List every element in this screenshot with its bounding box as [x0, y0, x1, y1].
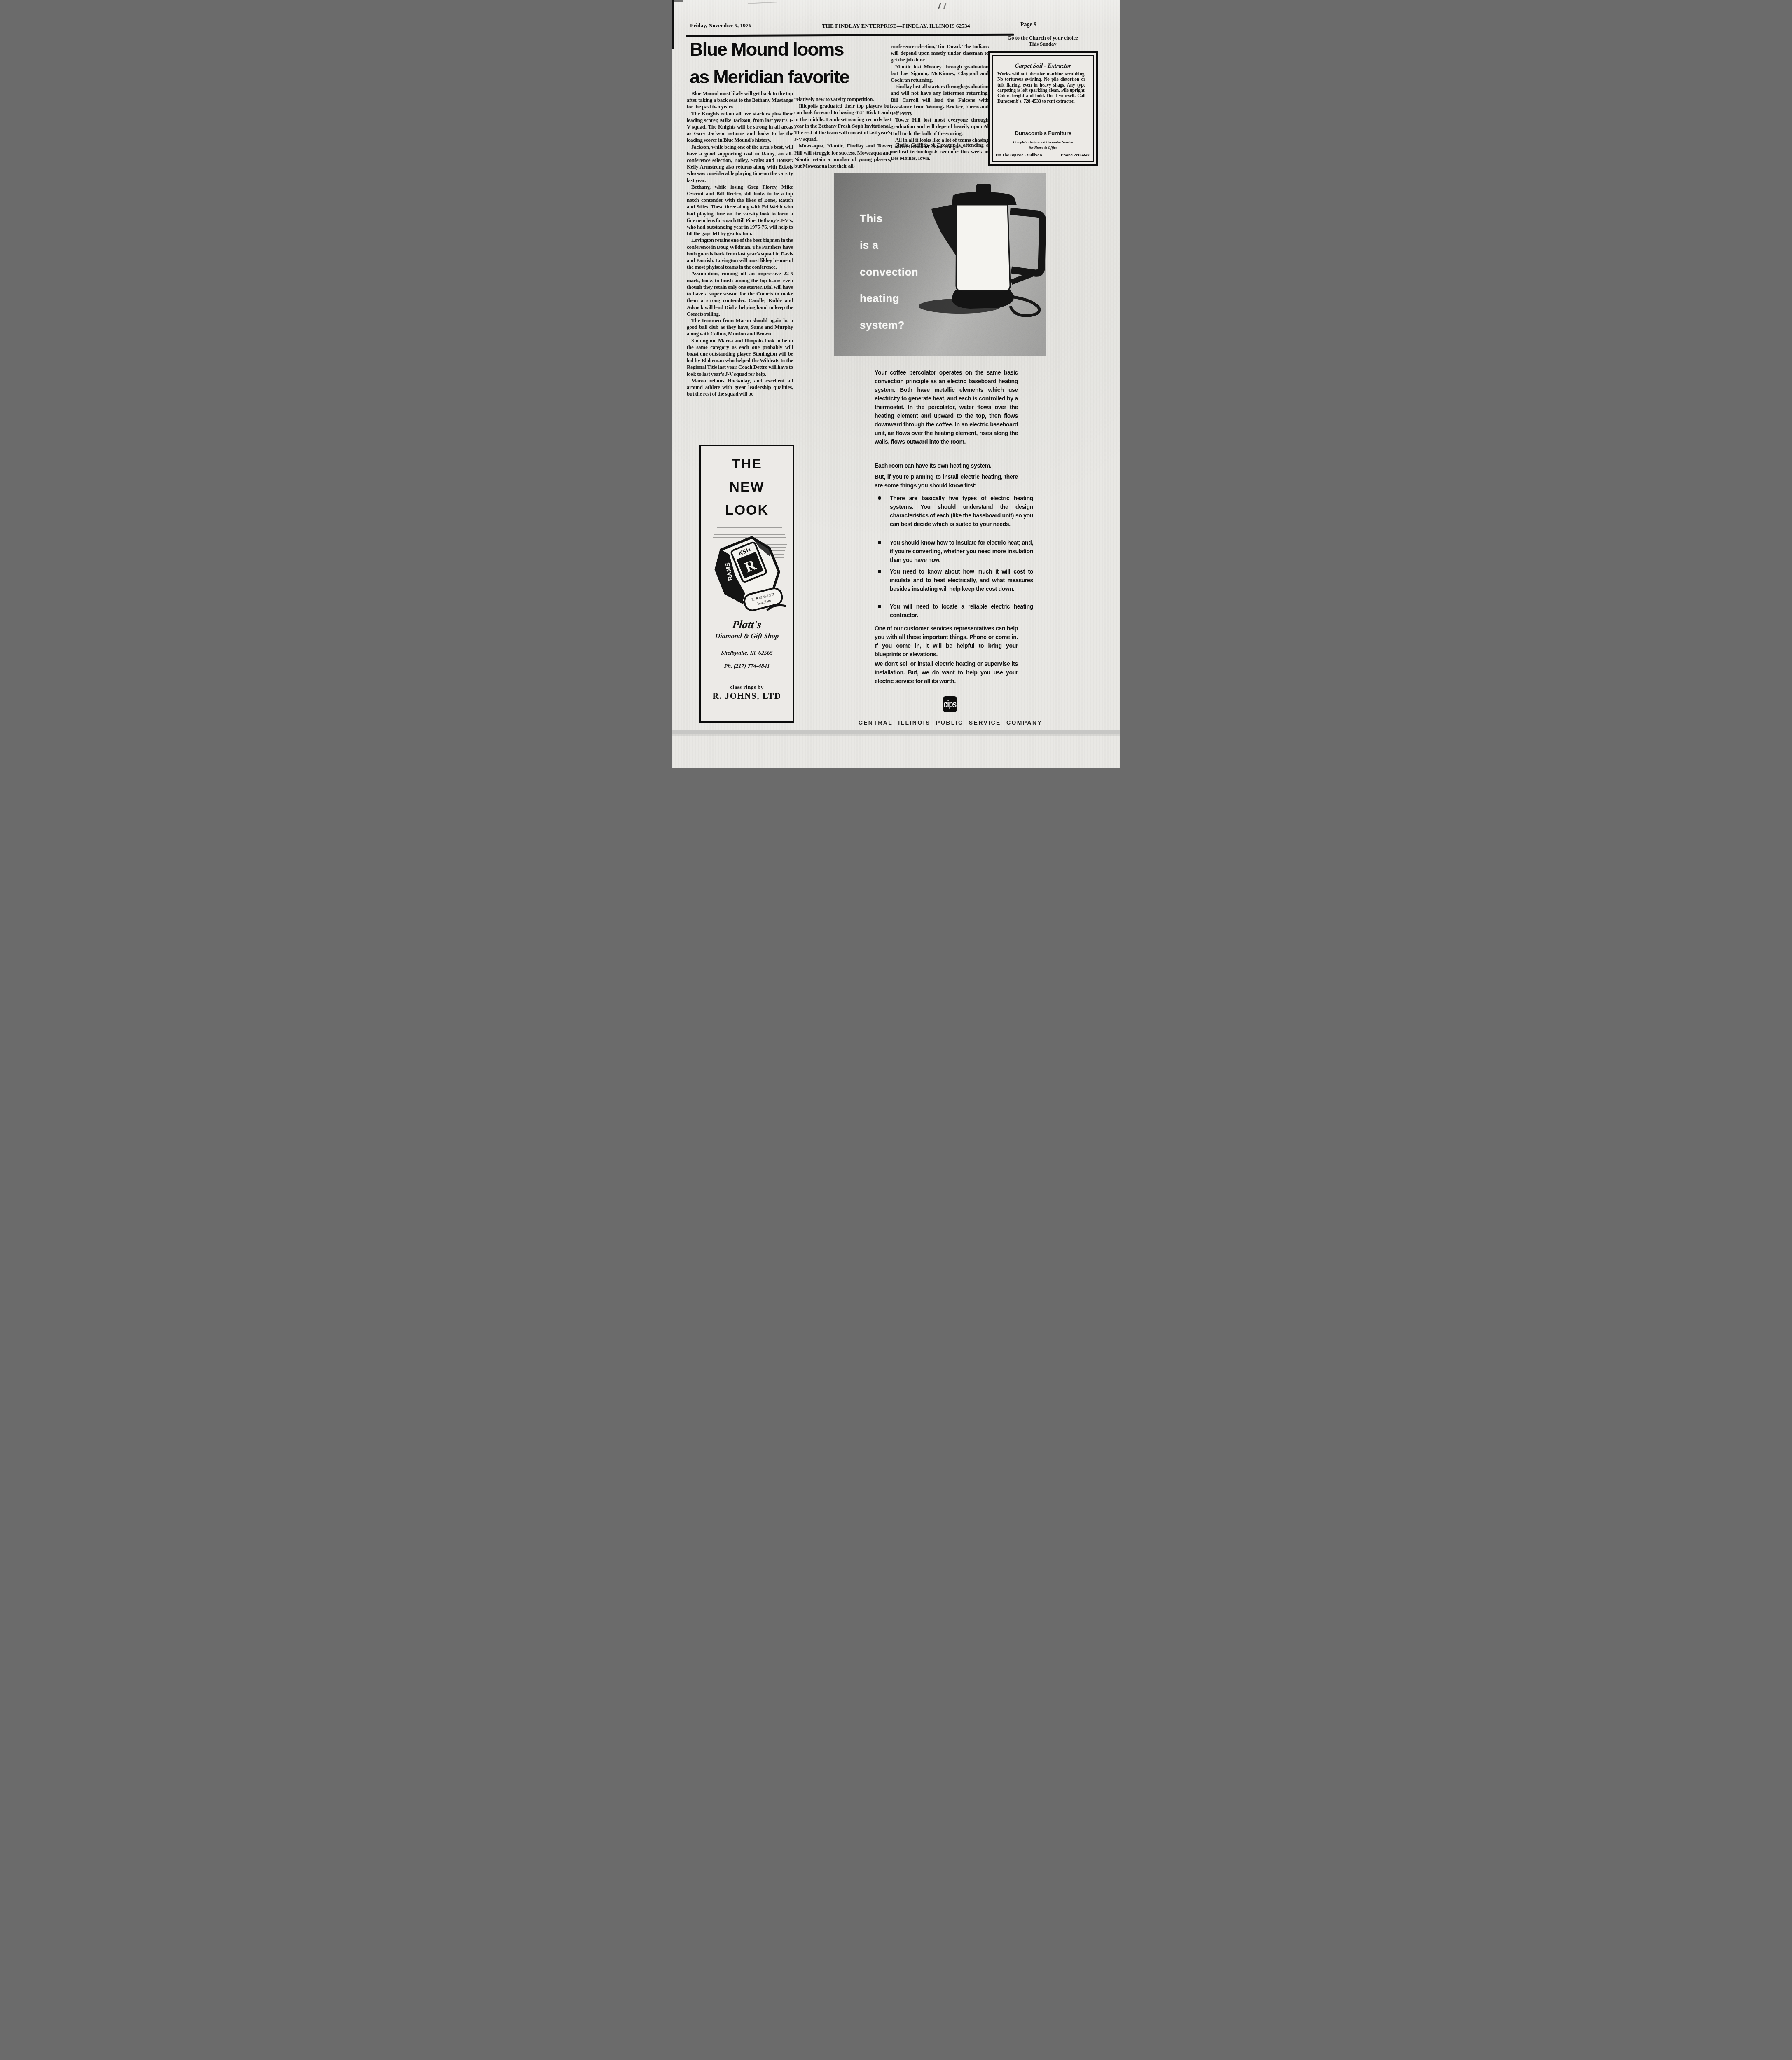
bullet-icon [878, 570, 881, 573]
masthead: THE FINDLAY ENTERPRISE—FINDLAY, ILLINOIS… [672, 23, 1120, 29]
paragraph: The Ironmen from Macon should again be a… [687, 317, 793, 337]
platts-maker: R. JOHNS, LTD [701, 692, 793, 700]
scan-band [672, 730, 1120, 734]
photo-caption-line: is a [860, 240, 878, 250]
paragraph: Sheila Griffith of Decatur is attending … [891, 142, 989, 162]
bullet-icon [878, 605, 881, 608]
paragraph: Illiopolis graduated their top players b… [794, 103, 891, 143]
carpet-ad-store-name: Dunscomb's Furniture [994, 131, 1092, 136]
bullet-text: You will need to locate a reliable elect… [890, 603, 1033, 618]
platts-headline-the: THE [701, 457, 793, 471]
scan-band-shadow [672, 734, 1120, 736]
platts-phone: Ph. (217) 774-4841 [701, 664, 793, 669]
percolator-lid [952, 192, 1017, 205]
class-ring-illustration: RAMS KSH R R. JOHNS LTD Valadium [705, 525, 790, 613]
cips-bullet-item: There are basically five types of electr… [875, 494, 1033, 529]
percolator-base [952, 290, 1014, 309]
photo-caption-line: heating [860, 293, 899, 304]
cips-bullet-item: You should know how to insulate for elec… [875, 538, 1033, 564]
church-note: Go to the Church of your choice This Sun… [987, 35, 1098, 47]
page-number: Page 9 [1020, 22, 1036, 28]
bullet-text: You need to know about how much it will … [890, 568, 1033, 592]
header-rule [686, 34, 1014, 37]
paragraph: conference selection, Tim Dowd. The Indi… [891, 43, 989, 63]
cips-logo-text: cips [944, 699, 957, 709]
carpet-ad-phone: Phone 728-4533 [1061, 153, 1090, 157]
percolator-spout [931, 203, 960, 262]
pen-mark [938, 3, 947, 9]
cips-logo: cips [943, 696, 957, 712]
paragraph: Assumption, coming off an impressive 22-… [687, 270, 793, 317]
article-column-1: Blue Mound most likely will get back to … [687, 90, 793, 397]
bullet-icon [878, 541, 881, 544]
cips-paragraph-each-room: Each room can have its own heating syste… [875, 461, 1018, 470]
cips-paragraph-planning: But, if you're planning to install elect… [875, 473, 1018, 490]
platts-ad: THE NEW LOOK RAMS KSH R [699, 445, 794, 723]
paragraph: Jackson, while being one of the area's b… [687, 144, 793, 184]
percolator-photo: This is a convection heating system? [834, 173, 1046, 356]
cips-bullet-item: You will need to locate a reliable elect… [875, 602, 1033, 620]
film-mark [672, 0, 683, 2]
carpet-ad-title: Carpet Soil - Extractor [995, 63, 1091, 69]
bullet-text: You should know how to insulate for elec… [890, 539, 1033, 563]
paragraph: Tower Hill lost most everyone through gr… [891, 117, 989, 137]
newspaper-page: Friday, November 5, 1976 THE FINDLAY ENT… [672, 0, 1120, 768]
paragraph: Moweaqua, Niantic, Findlay and Tower Hil… [794, 143, 891, 169]
photo-caption-line: convection [860, 267, 918, 277]
paragraph: Bethany, while losing Greg Florey, Mike … [687, 184, 793, 237]
church-note-line2: This Sunday [987, 41, 1098, 47]
photo-caption-line: system? [860, 320, 905, 330]
carpet-ad-tagline1: Complete Design and Decorator Service [994, 140, 1092, 145]
news-brief: Sheila Griffith of Decatur is attending … [891, 142, 989, 162]
carpet-ad-tagline2: for Home & Office [994, 145, 1092, 150]
bullet-text: There are basically five types of electr… [890, 495, 1033, 527]
platts-headline-new: NEW [701, 480, 793, 494]
paragraph: The Knights retain all five starters plu… [687, 110, 793, 144]
paragraph: Stonington, Maroa and Illiopolis look to… [687, 337, 793, 377]
article-column-2: relatively new to varsity competition. I… [794, 96, 891, 169]
cips-paragraph-representatives: One of our customer services representat… [875, 624, 1018, 659]
article-column-3: conference selection, Tim Dowd. The Indi… [891, 43, 989, 150]
percolator-cord [1011, 297, 1039, 316]
paragraph: Lovington retains one of the best big me… [687, 237, 793, 270]
pen-mark [748, 2, 777, 7]
platts-rings-by: class rings by [701, 684, 793, 690]
platts-store-name: Platt's [701, 619, 793, 630]
platts-address: Shelbyville, Ill. 62565 [701, 651, 793, 656]
carpet-extractor-ad: Carpet Soil - Extractor Works without ab… [988, 51, 1098, 166]
church-note-line1: Go to the Church of your choice [987, 35, 1098, 41]
cips-paragraph-percolator: Your coffee percolator operates on the s… [875, 368, 1018, 446]
carpet-ad-body: Works without abrasive machine scrubbing… [997, 72, 1085, 105]
article-headline-line1: Blue Mound looms [690, 40, 844, 59]
photo-caption-line: This [860, 213, 882, 224]
carpet-ad-footer: On The Square - Sullivan Phone 728-4533 [996, 153, 1090, 157]
platts-store-subname: Diamond & Gift Shop [701, 632, 793, 639]
paragraph: Niantic lost Mooney through graduation b… [891, 63, 989, 84]
cips-company-name: CENTRAL ILLINOIS PUBLIC SERVICE COMPANY [849, 719, 1052, 726]
carpet-ad-location: On The Square - Sullivan [996, 153, 1042, 157]
film-mark [673, 0, 674, 21]
percolator-handle [1010, 211, 1043, 273]
percolator-knob [976, 184, 991, 194]
paragraph: Blue Mound most likely will get back to … [687, 90, 793, 110]
platts-headline-look: LOOK [701, 503, 793, 517]
article-headline-line2: as Meridian favorite [690, 68, 849, 86]
cips-bullet-item: You need to know about how much it will … [875, 567, 1033, 593]
bullet-icon [878, 496, 881, 500]
paragraph: relatively new to varsity competition. [794, 96, 891, 103]
percolator-body [956, 205, 1010, 291]
paragraph: Findlay lost all starters through gradua… [891, 83, 989, 117]
cips-paragraph-dont-sell: We don't sell or install electric heatin… [875, 660, 1018, 686]
paragraph: Maroa retains Hockaday, and excellent al… [687, 377, 793, 398]
